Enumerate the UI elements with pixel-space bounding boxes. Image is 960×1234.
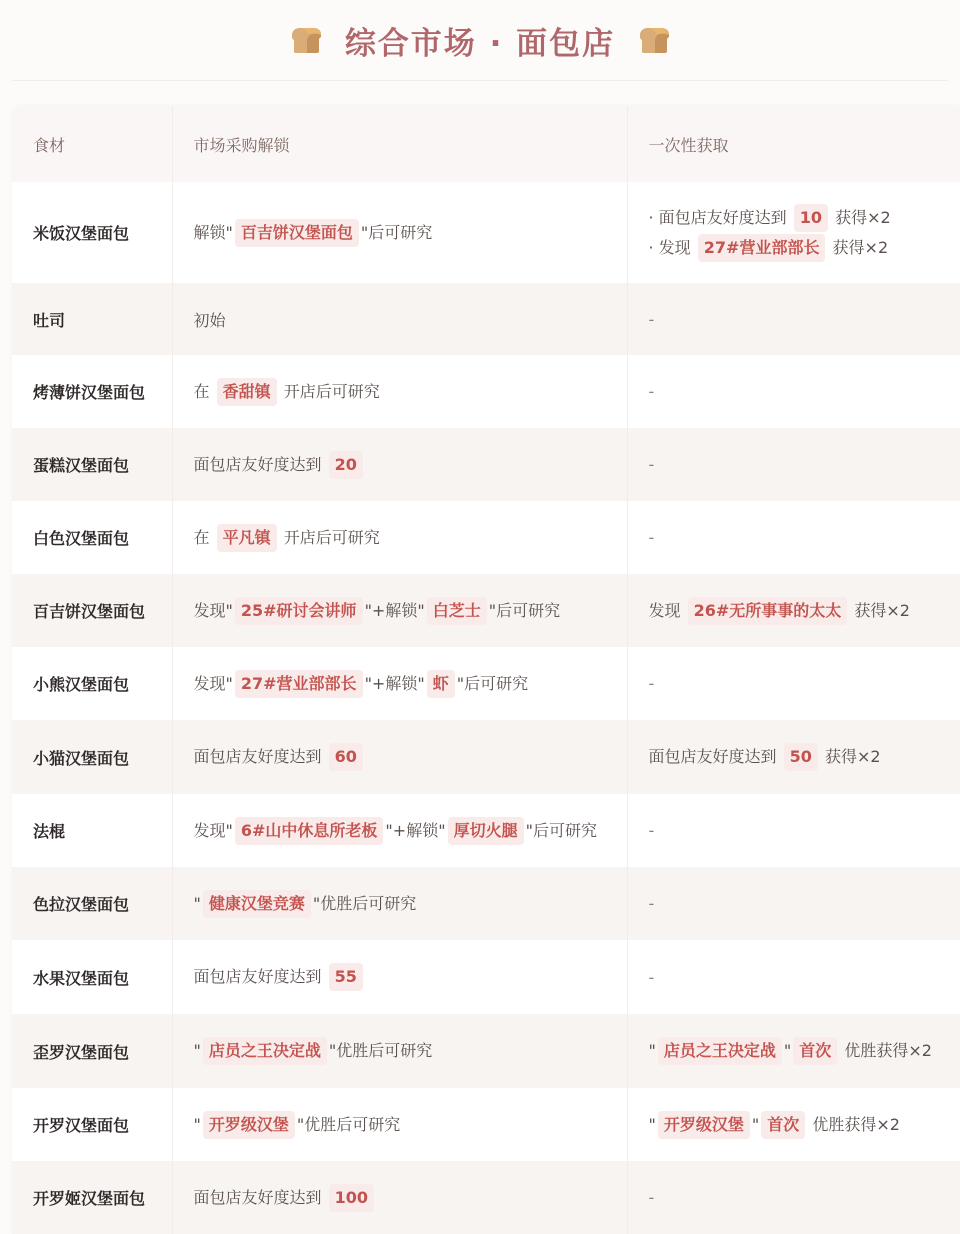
one-time-obtain: - [627,794,960,867]
highlight-tag: 10 [794,204,828,232]
condition-text: " [194,894,201,913]
condition-text: "优胜后可研究 [329,1041,432,1060]
column-header-market-unlock: 市场采购解锁 [172,106,627,182]
market-unlock-condition: "健康汉堡竞赛"优胜后可研究 [172,867,627,940]
one-time-obtain: - [627,940,960,1014]
ingredient-name: 色拉汉堡面包 [12,867,172,940]
ingredient-name: 烤薄饼汉堡面包 [12,355,172,428]
ingredient-name: 水果汉堡面包 [12,940,172,1014]
table-row: 百吉饼汉堡面包发现"25#研讨会讲师"+解锁"白芝士"后可研究发现 26#无所事… [12,574,960,647]
condition-text: "+解锁" [365,601,425,620]
empty-dash: - [649,821,655,840]
highlight-tag: 开罗级汉堡 [203,1111,295,1139]
table-row: 烤薄饼汉堡面包在 香甜镇 开店后可研究- [12,355,960,428]
obtain-text: 获得×2 [830,208,891,227]
highlight-tag: 店员之王决定战 [203,1037,327,1065]
condition-text: 面包店友好度达到 [194,1188,327,1207]
page-header: 综合市场 · 面包店 [12,0,948,81]
market-unlock-condition: 在 平凡镇 开店后可研究 [172,501,627,574]
obtain-line: "开罗级汉堡"首次 优胜获得×2 [649,1110,960,1140]
highlight-tag: 店员之王决定战 [658,1037,782,1065]
ingredient-table-card: 食材 市场采购解锁 一次性获取 米饭汉堡面包解锁"百吉饼汉堡面包"后可研究· 面… [12,106,960,1217]
highlight-tag: 健康汉堡竞赛 [203,890,311,918]
obtain-text: " [784,1041,791,1060]
ingredient-name: 吐司 [12,283,172,355]
condition-text: 在 [194,382,215,401]
ingredient-name: 蛋糕汉堡面包 [12,428,172,501]
one-time-obtain: "开罗级汉堡"首次 优胜获得×2 [627,1088,960,1161]
condition-text: 初始 [194,311,226,330]
condition-text: 开店后可研究 [279,382,380,401]
condition-text: 发现" [194,674,233,693]
ingredient-name: 开罗汉堡面包 [12,1088,172,1161]
condition-text: "后可研究 [361,223,432,242]
obtain-text: 获得×2 [820,747,881,766]
empty-dash: - [649,528,655,547]
table-row: 小猫汉堡面包面包店友好度达到 60面包店友好度达到 50 获得×2 [12,720,960,794]
highlight-tag: 首次 [761,1111,805,1139]
market-unlock-condition: 发现"6#山中休息所老板"+解锁"厚切火腿"后可研究 [172,794,627,867]
table-header-row: 食材 市场采购解锁 一次性获取 [12,106,960,182]
condition-text: "+解锁" [385,821,445,840]
condition-text: "后可研究 [526,821,597,840]
market-unlock-condition: 初始 [172,283,627,355]
one-time-obtain: - [627,1161,960,1217]
bread-icon [289,24,323,56]
ingredient-name: 米饭汉堡面包 [12,182,172,283]
table-row: 开罗姬汉堡面包面包店友好度达到 100- [12,1161,960,1217]
market-unlock-condition: 面包店友好度达到 20 [172,428,627,501]
condition-text: 面包店友好度达到 [194,967,327,986]
highlight-tag: 首次 [793,1037,837,1065]
condition-text: "优胜后可研究 [297,1115,400,1134]
market-unlock-condition: 解锁"百吉饼汉堡面包"后可研究 [172,182,627,283]
table-row: 法棍发现"6#山中休息所老板"+解锁"厚切火腿"后可研究- [12,794,960,867]
ingredient-name: 白色汉堡面包 [12,501,172,574]
ingredient-name: 百吉饼汉堡面包 [12,574,172,647]
condition-text: 面包店友好度达到 [194,747,327,766]
highlight-tag: 25#研讨会讲师 [235,597,363,625]
highlight-tag: 6#山中休息所老板 [235,817,384,845]
market-unlock-condition: 面包店友好度达到 55 [172,940,627,1014]
one-time-obtain: 发现 26#无所事事的太太 获得×2 [627,574,960,647]
obtain-line: "店员之王决定战"首次 优胜获得×2 [649,1036,960,1066]
one-time-obtain: · 面包店友好度达到 10 获得×2· 发现 27#营业部部长 获得×2 [627,182,960,283]
table-row: 米饭汉堡面包解锁"百吉饼汉堡面包"后可研究· 面包店友好度达到 10 获得×2·… [12,182,960,283]
market-unlock-condition: 面包店友好度达到 60 [172,720,627,794]
highlight-tag: 27#营业部部长 [235,670,363,698]
highlight-tag: 55 [329,963,363,991]
one-time-obtain: - [627,428,960,501]
column-header-one-time-obtain: 一次性获取 [627,106,960,182]
ingredient-name: 小熊汉堡面包 [12,647,172,720]
market-unlock-condition: "开罗级汉堡"优胜后可研究 [172,1088,627,1161]
one-time-obtain: - [627,501,960,574]
condition-text: 发现" [194,821,233,840]
market-unlock-condition: 面包店友好度达到 100 [172,1161,627,1217]
highlight-tag: 虾 [427,670,455,698]
table-body: 米饭汉堡面包解锁"百吉饼汉堡面包"后可研究· 面包店友好度达到 10 获得×2·… [12,182,960,1217]
obtain-text: " [752,1115,759,1134]
highlight-tag: 27#营业部部长 [698,234,826,262]
highlight-tag: 开罗级汉堡 [658,1111,750,1139]
one-time-obtain: - [627,283,960,355]
table-row: 白色汉堡面包在 平凡镇 开店后可研究- [12,501,960,574]
condition-text: "优胜后可研究 [313,894,416,913]
bread-icon [637,24,671,56]
market-unlock-condition: 发现"27#营业部部长"+解锁"虾"后可研究 [172,647,627,720]
one-time-obtain: 面包店友好度达到 50 获得×2 [627,720,960,794]
empty-dash: - [649,455,655,474]
ingredient-table: 食材 市场采购解锁 一次性获取 米饭汉堡面包解锁"百吉饼汉堡面包"后可研究· 面… [12,106,960,1217]
table-row: 小熊汉堡面包发现"27#营业部部长"+解锁"虾"后可研究- [12,647,960,720]
condition-text: 开店后可研究 [279,528,380,547]
table-row: 开罗汉堡面包"开罗级汉堡"优胜后可研究"开罗级汉堡"首次 优胜获得×2 [12,1088,960,1161]
highlight-tag: 百吉饼汉堡面包 [235,219,359,247]
obtain-text: 优胜获得×2 [839,1041,932,1060]
condition-text: "后可研究 [457,674,528,693]
empty-dash: - [649,968,655,987]
obtain-text: · 面包店友好度达到 [649,208,792,227]
condition-text: " [194,1041,201,1060]
highlight-tag: 平凡镇 [217,524,277,552]
ingredient-name: 歪罗汉堡面包 [12,1014,172,1088]
empty-dash: - [649,382,655,401]
obtain-text: " [649,1115,656,1134]
condition-text: " [194,1115,201,1134]
table-row: 吐司初始- [12,283,960,355]
empty-dash: - [649,674,655,693]
column-header-ingredient: 食材 [12,106,172,182]
obtain-line: · 面包店友好度达到 10 获得×2 [649,203,960,233]
obtain-text: 获得×2 [849,601,910,620]
condition-text: 发现" [194,601,233,620]
one-time-obtain: - [627,647,960,720]
ingredient-name: 开罗姬汉堡面包 [12,1161,172,1217]
ingredient-name: 小猫汉堡面包 [12,720,172,794]
market-unlock-condition: 发现"25#研讨会讲师"+解锁"白芝士"后可研究 [172,574,627,647]
obtain-text: 面包店友好度达到 [649,747,782,766]
highlight-tag: 100 [329,1184,374,1212]
empty-dash: - [649,310,655,329]
condition-text: 解锁" [194,223,233,242]
condition-text: 面包店友好度达到 [194,455,327,474]
condition-text: "后可研究 [489,601,560,620]
highlight-tag: 20 [329,451,363,479]
highlight-tag: 白芝士 [427,597,487,625]
one-time-obtain: "店员之王决定战"首次 优胜获得×2 [627,1014,960,1088]
highlight-tag: 60 [329,743,363,771]
highlight-tag: 香甜镇 [217,378,277,406]
highlight-tag: 厚切火腿 [448,817,524,845]
market-unlock-condition: 在 香甜镇 开店后可研究 [172,355,627,428]
obtain-line: 面包店友好度达到 50 获得×2 [649,742,960,772]
obtain-line: 发现 26#无所事事的太太 获得×2 [649,596,960,626]
table-row: 歪罗汉堡面包"店员之王决定战"优胜后可研究"店员之王决定战"首次 优胜获得×2 [12,1014,960,1088]
obtain-text: · 发现 [649,238,696,257]
ingredient-name: 法棍 [12,794,172,867]
table-row: 色拉汉堡面包"健康汉堡竞赛"优胜后可研究- [12,867,960,940]
obtain-text: 优胜获得×2 [807,1115,900,1134]
obtain-text: " [649,1041,656,1060]
obtain-line: · 发现 27#营业部部长 获得×2 [649,233,960,263]
obtain-text: 获得×2 [827,238,888,257]
highlight-tag: 26#无所事事的太太 [688,597,848,625]
one-time-obtain: - [627,355,960,428]
obtain-text: 发现 [649,601,686,620]
condition-text: "+解锁" [365,674,425,693]
highlight-tag: 50 [784,743,818,771]
empty-dash: - [649,1188,655,1207]
page-title: 综合市场 · 面包店 [345,18,615,63]
empty-dash: - [649,894,655,913]
condition-text: 在 [194,528,215,547]
one-time-obtain: - [627,867,960,940]
market-unlock-condition: "店员之王决定战"优胜后可研究 [172,1014,627,1088]
table-row: 蛋糕汉堡面包面包店友好度达到 20- [12,428,960,501]
table-row: 水果汉堡面包面包店友好度达到 55- [12,940,960,1014]
